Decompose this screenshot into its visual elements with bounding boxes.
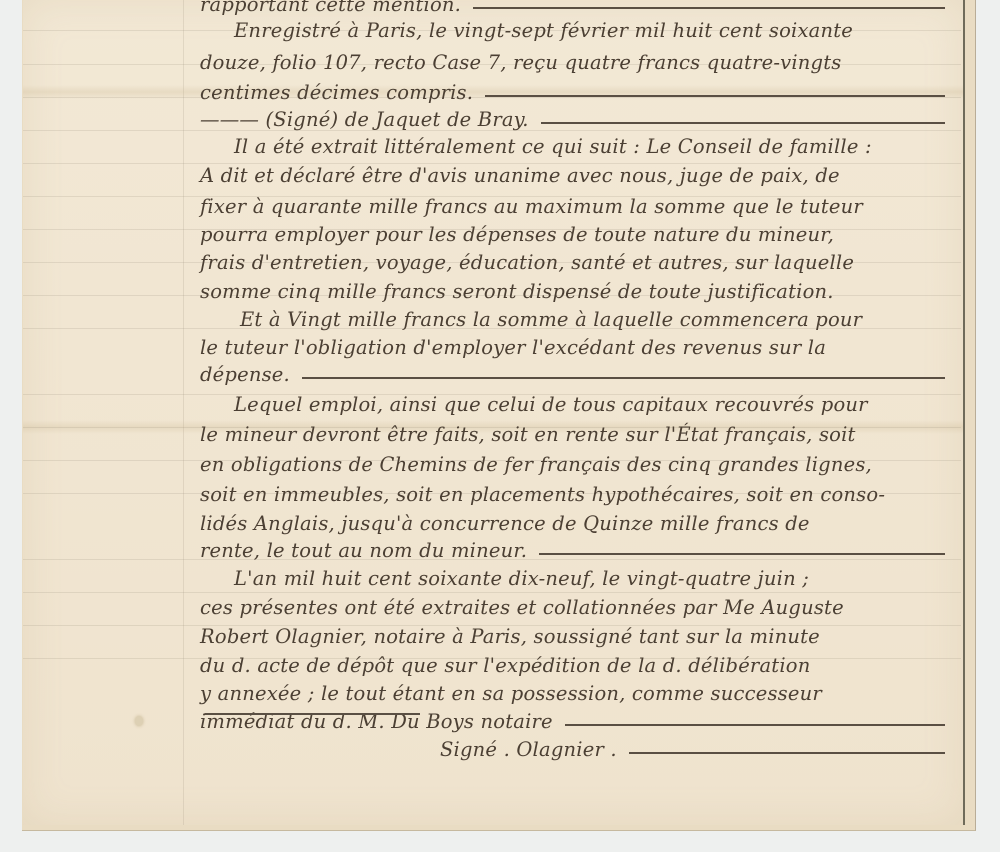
text-line: A dit et déclaré être d'avis unanime ave… bbox=[200, 159, 955, 187]
line-text: Lequel emploi, ainsi que celui de tous c… bbox=[234, 393, 868, 416]
fill-rule bbox=[539, 553, 945, 555]
text-line: Enregistré à Paris, le vingt-sept févrie… bbox=[200, 14, 989, 42]
line-text: soit en immeubles, soit en placements hy… bbox=[200, 483, 885, 506]
text-line: centimes décimes compris. bbox=[200, 76, 955, 104]
text-line: L'an mil huit cent soixante dix-neuf, le… bbox=[200, 562, 989, 590]
line-text: ——— (Signé) de Jaquet de Bray. bbox=[200, 108, 529, 131]
line-text: frais d'entretien, voyage, éducation, sa… bbox=[200, 251, 854, 274]
text-line: le mineur devront être faits, soit en re… bbox=[200, 418, 955, 446]
fill-rule bbox=[565, 724, 945, 726]
text-line: immédiat du d. M. Du Boys notaire bbox=[200, 705, 955, 733]
signature-text: Signé . Olagnier . bbox=[440, 738, 617, 761]
text-line: pourra employer pour les dépenses de tou… bbox=[200, 218, 955, 246]
text-line: fixer à quarante mille francs au maximum… bbox=[200, 190, 955, 218]
line-text: douze, folio 107, recto Case 7, reçu qua… bbox=[200, 51, 841, 74]
text-line: ces présentes ont été extraites et colla… bbox=[200, 591, 955, 619]
line-text: Robert Olagnier, notaire à Paris, soussi… bbox=[200, 625, 820, 648]
fill-rule bbox=[629, 752, 945, 754]
text-line: somme cinq mille francs seront dispensé … bbox=[200, 275, 955, 303]
text-line: Et à Vingt mille francs la somme à laque… bbox=[200, 303, 995, 331]
line-text: A dit et déclaré être d'avis unanime ave… bbox=[200, 164, 840, 187]
line-text: lidés Anglais, jusqu'à concurrence de Qu… bbox=[200, 512, 810, 535]
text-line: frais d'entretien, voyage, éducation, sa… bbox=[200, 246, 955, 274]
text-line: y annexée ; le tout étant en sa possessi… bbox=[200, 677, 955, 705]
signature-line: ——— (Signé) de Jaquet de Bray. bbox=[200, 103, 955, 131]
line-text: Il a été extrait littéralement ce qui su… bbox=[234, 135, 872, 158]
line-text: Et à Vingt mille francs la somme à laque… bbox=[240, 308, 862, 331]
line-text: somme cinq mille francs seront dispensé … bbox=[200, 280, 834, 303]
text-line: le tuteur l'obligation d'employer l'excé… bbox=[200, 331, 955, 359]
text-line: rente, le tout au nom du mineur. bbox=[200, 534, 955, 562]
line-text: le mineur devront être faits, soit en re… bbox=[200, 423, 856, 446]
text-line: soit en immeubles, soit en placements hy… bbox=[200, 478, 955, 506]
line-text: ces présentes ont été extraites et colla… bbox=[200, 596, 844, 619]
text-line: en obligations de Chemins de fer françai… bbox=[200, 448, 955, 476]
text-line: Lequel emploi, ainsi que celui de tous c… bbox=[200, 388, 989, 416]
line-text: rente, le tout au nom du mineur. bbox=[200, 539, 527, 562]
text-line: du d. acte de dépôt que sur l'expédition… bbox=[200, 649, 955, 677]
line-text: Enregistré à Paris, le vingt-sept févrie… bbox=[234, 19, 853, 42]
text-line: lidés Anglais, jusqu'à concurrence de Qu… bbox=[200, 507, 955, 535]
fill-rule bbox=[302, 377, 945, 379]
line-text: pourra employer pour les dépenses de tou… bbox=[200, 223, 834, 246]
line-text: en obligations de Chemins de fer françai… bbox=[200, 453, 872, 476]
text-line: dépense. bbox=[200, 358, 955, 386]
signature-line: Signé . Olagnier . bbox=[440, 733, 955, 761]
line-text: le tuteur l'obligation d'employer l'excé… bbox=[200, 336, 826, 359]
line-text: dépense. bbox=[200, 363, 290, 386]
fill-rule bbox=[541, 122, 945, 124]
line-text: y annexée ; le tout étant en sa possessi… bbox=[200, 682, 822, 705]
line-text: L'an mil huit cent soixante dix-neuf, le… bbox=[234, 567, 809, 590]
paper-blemish bbox=[135, 716, 143, 726]
line-text: fixer à quarante mille francs au maximum… bbox=[200, 195, 863, 218]
line-text: du d. acte de dépôt que sur l'expédition… bbox=[200, 654, 810, 677]
signature-rule-left bbox=[205, 713, 420, 715]
fill-rule bbox=[485, 95, 945, 97]
text-line: Il a été extrait littéralement ce qui su… bbox=[200, 130, 989, 158]
text-line: douze, folio 107, recto Case 7, reçu qua… bbox=[200, 46, 955, 74]
fill-rule bbox=[473, 7, 945, 9]
line-text: centimes décimes compris. bbox=[200, 81, 473, 104]
margin-rule bbox=[183, 0, 184, 825]
text-line: Robert Olagnier, notaire à Paris, soussi… bbox=[200, 620, 955, 648]
